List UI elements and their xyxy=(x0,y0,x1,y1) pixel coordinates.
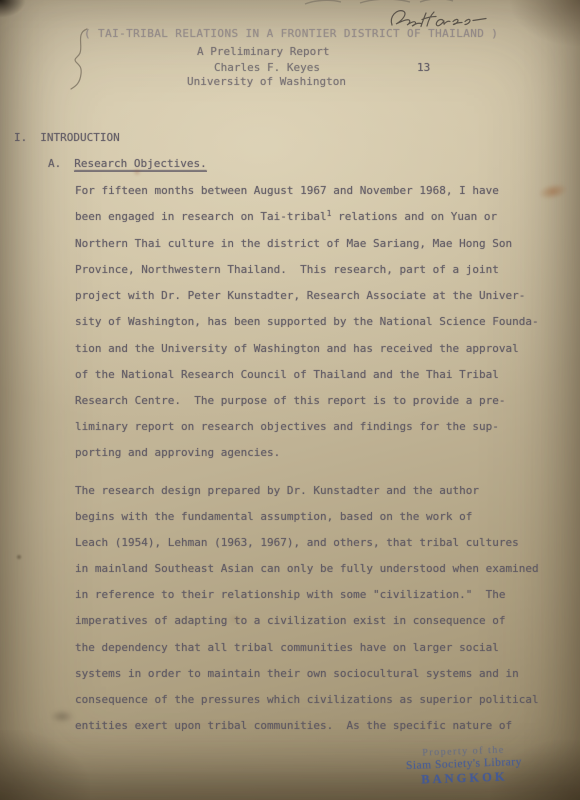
line-text: relations and on Yuan or xyxy=(332,210,498,223)
typed-line: project with Dr. Peter Kunstadter, Resea… xyxy=(75,289,525,303)
paper-stain xyxy=(16,554,22,560)
typed-line: in reference to their relationship with … xyxy=(75,588,505,602)
typed-line: entities exert upon tribal communities. … xyxy=(75,719,512,733)
subsection-title: Research Objectives. xyxy=(74,157,206,172)
typed-line: in mainland Southeast Asian can only be … xyxy=(75,562,539,576)
signature-handwriting xyxy=(391,11,486,27)
document-title: ( TAI-TRIBAL RELATIONS IN A FRONTIER DIS… xyxy=(84,27,498,41)
paper-stain xyxy=(537,181,569,202)
typed-line: liminary report on research objectives a… xyxy=(75,420,499,434)
typed-line: Northern Thai culture in the district of… xyxy=(75,237,512,251)
section-heading: I.INTRODUCTION xyxy=(14,131,120,145)
section-title: INTRODUCTION xyxy=(40,131,119,144)
paper-stain xyxy=(50,710,74,723)
typed-line: the dependency that all tribal communiti… xyxy=(75,641,499,655)
typed-line: The research design prepared by Dr. Kuns… xyxy=(75,484,479,498)
author-line: Charles F. Keyes xyxy=(214,61,320,75)
subsection-heading: A.Research Objectives. xyxy=(48,157,207,171)
library-stamp: Property of the Siam Society's Library B… xyxy=(384,743,543,788)
affiliation-line: University of Washington xyxy=(187,75,346,89)
typed-line: Leach (1954), Lehman (1963, 1967), and o… xyxy=(75,536,519,550)
footnote-marker: 1 xyxy=(327,209,332,218)
typed-line: consequence of the pressures which civil… xyxy=(75,693,539,707)
line-text: been engaged in research on Tai-tribal xyxy=(75,210,327,223)
typed-line: systems in order to maintain their own s… xyxy=(75,667,519,681)
typed-line: sity of Washington, has been supported b… xyxy=(75,315,539,329)
photo-corner-shadow xyxy=(0,730,90,800)
typed-line: Research Centre. The purpose of this rep… xyxy=(75,394,505,408)
subsection-label: A. xyxy=(48,157,61,170)
typed-line: For fifteen months between August 1967 a… xyxy=(75,184,499,198)
typed-line: been engaged in research on Tai-tribal1 … xyxy=(75,210,497,225)
typed-line: begins with the fundamental assumption, … xyxy=(75,510,472,524)
document-subtitle: A Preliminary Report xyxy=(197,45,329,59)
photo-corner-shadow xyxy=(0,0,26,18)
page-number: 13 xyxy=(417,61,430,75)
photo-corner-shadow xyxy=(510,0,580,46)
typed-line: of the National Research Council of Thai… xyxy=(75,368,499,382)
document-photo: ( TAI-TRIBAL RELATIONS IN A FRONTIER DIS… xyxy=(0,0,580,800)
top-edge-handwriting xyxy=(305,0,453,4)
typed-line: imperatives of adapting to a civilizatio… xyxy=(75,614,505,628)
typed-line: tion and the University of Washington an… xyxy=(75,342,519,356)
typed-line: porting and approving agencies. xyxy=(75,446,280,460)
section-number: I. xyxy=(14,131,27,144)
typed-line: Province, Northwestern Thailand. This re… xyxy=(75,263,499,277)
